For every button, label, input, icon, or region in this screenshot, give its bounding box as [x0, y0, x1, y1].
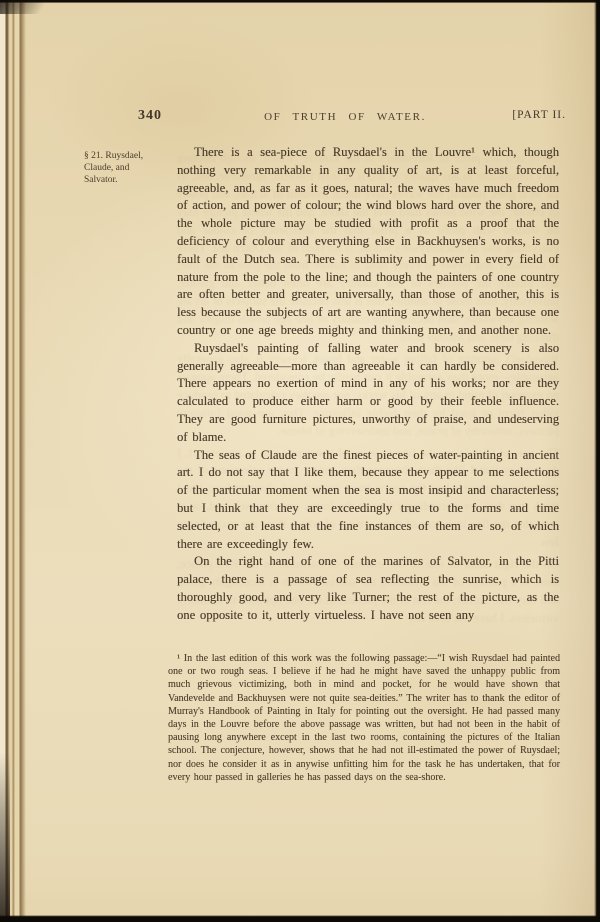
scan-edge-right: [594, 0, 600, 922]
footnote-text: ¹ In the last edition of this work was t…: [168, 652, 560, 784]
scan-edge-top: [0, 0, 600, 3]
book-page-scan: There is a sea-piece of Ruysdael's in th…: [0, 0, 600, 922]
paragraph-4: On the right hand of one of the marines …: [177, 553, 559, 624]
running-head: OF TRUTH OF WATER.: [0, 111, 600, 123]
scan-edge-bottom: [0, 915, 600, 922]
paragraph-2: Ruysdael's painting of falling water and…: [177, 340, 559, 447]
margin-note: § 21. Ruysdael, Claude, and Salvator.: [84, 150, 162, 186]
scan-shadow-bottom-left: [0, 752, 10, 922]
body-text: There is a sea-piece of Ruysdael's in th…: [177, 144, 559, 625]
part-label: [PART II.: [512, 109, 566, 121]
paragraph-1: There is a sea-piece of Ruysdael's in th…: [177, 144, 559, 340]
footnote: ¹ In the last edition of this work was t…: [168, 652, 560, 784]
paragraph-3: The seas of Claude are the finest pieces…: [177, 447, 559, 554]
